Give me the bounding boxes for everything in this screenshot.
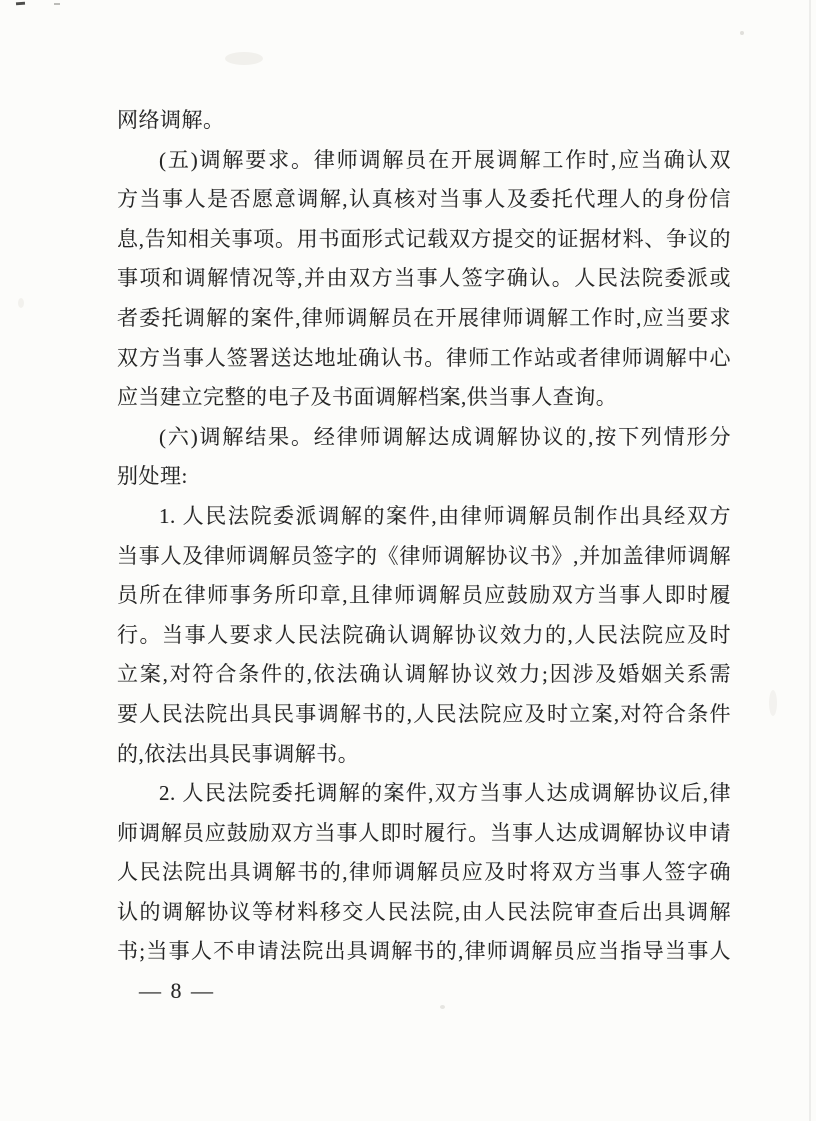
scan-artifact xyxy=(18,298,24,308)
document-text-block: 网络调解。(五)调解要求。律师调解员在开展调解工作时,应当确认双方当事人是否愿意… xyxy=(117,101,731,972)
scanned-document-page: 网络调解。(五)调解要求。律师调解员在开展调解工作时,应当确认双方当事人是否愿意… xyxy=(0,0,816,1121)
text-line: 别处理: xyxy=(117,457,731,497)
scan-artifact xyxy=(769,690,777,716)
scan-edge-shadow xyxy=(809,0,811,1121)
text-line: 事项和调解情况等,并由双方当事人签字确认。人民法院委派或 xyxy=(117,259,731,299)
text-line: 双方当事人签署送达地址确认书。律师工作站或者律师调解中心 xyxy=(117,339,731,379)
text-line: 人民法院出具调解书的,律师调解员应及时将双方当事人签字确 xyxy=(117,853,731,893)
text-line: 1. 人民法院委派调解的案件,由律师调解员制作出具经双方 xyxy=(117,497,731,537)
scan-artifact xyxy=(54,3,60,5)
text-line: 师调解员应鼓励双方当事人即时履行。当事人达成调解协议申请 xyxy=(117,814,731,854)
text-line: 者委托调解的案件,律师调解员在开展律师调解工作时,应当要求 xyxy=(117,299,731,339)
page-footer: — 8 — xyxy=(139,978,215,1004)
text-line: (六)调解结果。经律师调解达成调解协议的,按下列情形分 xyxy=(117,418,731,458)
text-line: 方当事人是否愿意调解,认真核对当事人及委托代理人的身份信 xyxy=(117,180,731,220)
text-line: 书;当事人不申请法院出具调解书的,律师调解员应当指导当事人 xyxy=(117,932,731,972)
text-line: 员所在律师事务所印章,且律师调解员应鼓励双方当事人即时履 xyxy=(117,576,731,616)
text-line: 认的调解协议等材料移交人民法院,由人民法院审查后出具调解 xyxy=(117,893,731,933)
scan-artifact xyxy=(740,31,744,35)
scan-artifact xyxy=(440,1005,445,1009)
text-line: 的,依法出具民事调解书。 xyxy=(117,735,731,775)
text-line: 当事人及律师调解员签字的《律师调解协议书》,并加盖律师调解 xyxy=(117,537,731,577)
text-line: 应当建立完整的电子及书面调解档案,供当事人查询。 xyxy=(117,378,731,418)
text-line: 网络调解。 xyxy=(117,101,731,141)
text-line: 要人民法院出具民事调解书的,人民法院应及时立案,对符合条件 xyxy=(117,695,731,735)
page-number: — 8 — xyxy=(139,978,215,1003)
text-line: (五)调解要求。律师调解员在开展调解工作时,应当确认双 xyxy=(117,141,731,181)
text-line: 2. 人民法院委托调解的案件,双方当事人达成调解协议后,律 xyxy=(117,774,731,814)
text-line: 行。当事人要求人民法院确认调解协议效力的,人民法院应及时 xyxy=(117,616,731,656)
scan-artifact xyxy=(16,2,25,6)
text-line: 息,告知相关事项。用书面形式记载双方提交的证据材料、争议的 xyxy=(117,220,731,260)
scan-artifact xyxy=(225,52,263,65)
text-line: 立案,对符合条件的,依法确认调解协议效力;因涉及婚姻关系需 xyxy=(117,655,731,695)
